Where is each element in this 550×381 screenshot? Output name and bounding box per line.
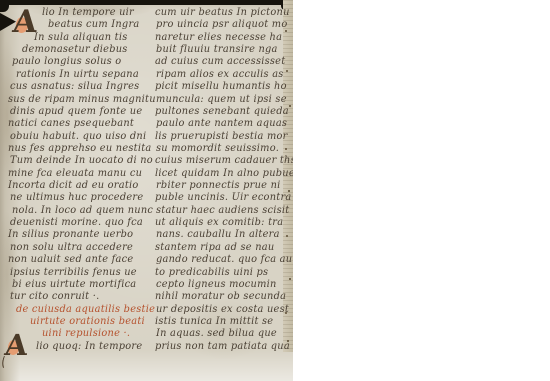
text-line: non solu ultra accedere <box>10 242 150 254</box>
text-line: nola. In loco ad quem nunc <box>12 205 150 217</box>
text-line: cus asnatus: silua Ingres <box>10 81 150 93</box>
text-line: In sula aliquan tis <box>34 32 150 44</box>
text-line: picit misellu humantis ho <box>155 81 289 93</box>
text-line: demonasetur diebus <box>22 44 150 56</box>
text-line: stantem ripa ad se nau <box>155 242 289 254</box>
text-line: pultones senebant quieda <box>155 106 289 118</box>
text-line: dinis apud quem fonte ue <box>10 106 150 118</box>
text-line: deuenisti morine. quo fca <box>10 217 150 229</box>
initial-tail-flourish <box>0 356 14 373</box>
text-line: natici canes psequebant <box>8 118 150 130</box>
rubric-line: uirtute orationis beati <box>30 316 150 328</box>
right-text-column: cum uir beatus In pictonupro uincia psr … <box>155 7 289 353</box>
left-text-column: lio In tempore uirbeatus cum IngraIn sul… <box>8 7 150 353</box>
text-line: ut aliquis ex comitib: tra <box>155 217 289 229</box>
text-line: buit fluuiu transire nga <box>156 44 289 56</box>
text-line: sus de ripam minus magnitu <box>8 94 150 106</box>
text-line: istis tunica In mittit se <box>155 316 289 328</box>
text-line: ripam alios ex acculis as <box>156 69 289 81</box>
text-line: bi eius uirtute mortifica <box>12 279 150 291</box>
text-line: ipsius terribilis fenus ue <box>10 267 150 279</box>
text-line: beatus cum Ingra <box>48 19 150 31</box>
text-line: paulo ante nantem aquas <box>156 118 289 130</box>
text-line: to predicabilis uini ps <box>155 267 289 279</box>
text-line: pro uincia psr aliquot mo <box>156 19 289 31</box>
text-line: paulo longius solus o <box>12 56 150 68</box>
text-line: cuius miserum cadauer ths <box>155 155 289 167</box>
text-line: lio quoq: In tempore <box>36 341 150 353</box>
text-line: prius non tam patiata qua <box>155 341 289 353</box>
text-line: cum uir beatus In pictonu <box>155 7 289 19</box>
rubric-line: uini repulsione ·. <box>42 328 150 340</box>
text-line: muncula: quem ut ipsi se <box>156 94 289 106</box>
manuscript-photo: A A lio In tempore uirbeatus cum IngraIn… <box>0 0 293 381</box>
text-line: lis pruerupisti bestia mor <box>155 131 289 143</box>
text-line: rationis In uirtu sepana <box>16 69 150 81</box>
text-line: cepto ligneus mocumin <box>156 279 289 291</box>
text-line: In silius pronante uerbo <box>8 229 150 241</box>
text-line: ad cuius cum accessisset <box>155 56 289 68</box>
binding-top-shadow <box>0 0 293 5</box>
text-line: lio In tempore uir <box>42 7 150 19</box>
text-line: licet quidam In alno pubue <box>155 168 289 180</box>
text-line: tur cito conruit ·. <box>10 291 150 303</box>
text-line: In aquas. sed bilua que <box>156 328 289 340</box>
text-line: ur depositis ex costa uest <box>156 304 289 316</box>
text-line: naretur elies necesse ha <box>155 32 289 44</box>
text-line: ne ultimus huc procedere <box>10 192 150 204</box>
text-line: nus fes apprehso eu nestita <box>8 143 150 155</box>
rubric-line: de cuiusda aquatilis bestie <box>16 304 150 316</box>
text-line: nihil moratur ob secunda <box>155 291 289 303</box>
text-line: statur haec audiens scisit <box>156 205 289 217</box>
text-line: su momordit seuissimo. <box>156 143 289 155</box>
text-line: obuiu habuit. quo uiso dni <box>10 131 150 143</box>
text-line: puble uncinis. Uir econtra <box>155 192 289 204</box>
text-line: mine fca eleuata manu cu <box>8 168 150 180</box>
text-line: Incorta dicit ad eu oratio <box>8 180 150 192</box>
screenshot-background: A A lio In tempore uirbeatus cum IngraIn… <box>0 0 550 381</box>
text-line: non ualuit sed ante face <box>8 254 150 266</box>
text-line: Tum deinde In uocato di no <box>10 155 150 167</box>
text-line: nans. cauballu In altera <box>156 229 289 241</box>
text-line: rbiter ponnectis prue ni <box>156 180 289 192</box>
text-line: gando reducat. quo fca au <box>156 254 289 266</box>
